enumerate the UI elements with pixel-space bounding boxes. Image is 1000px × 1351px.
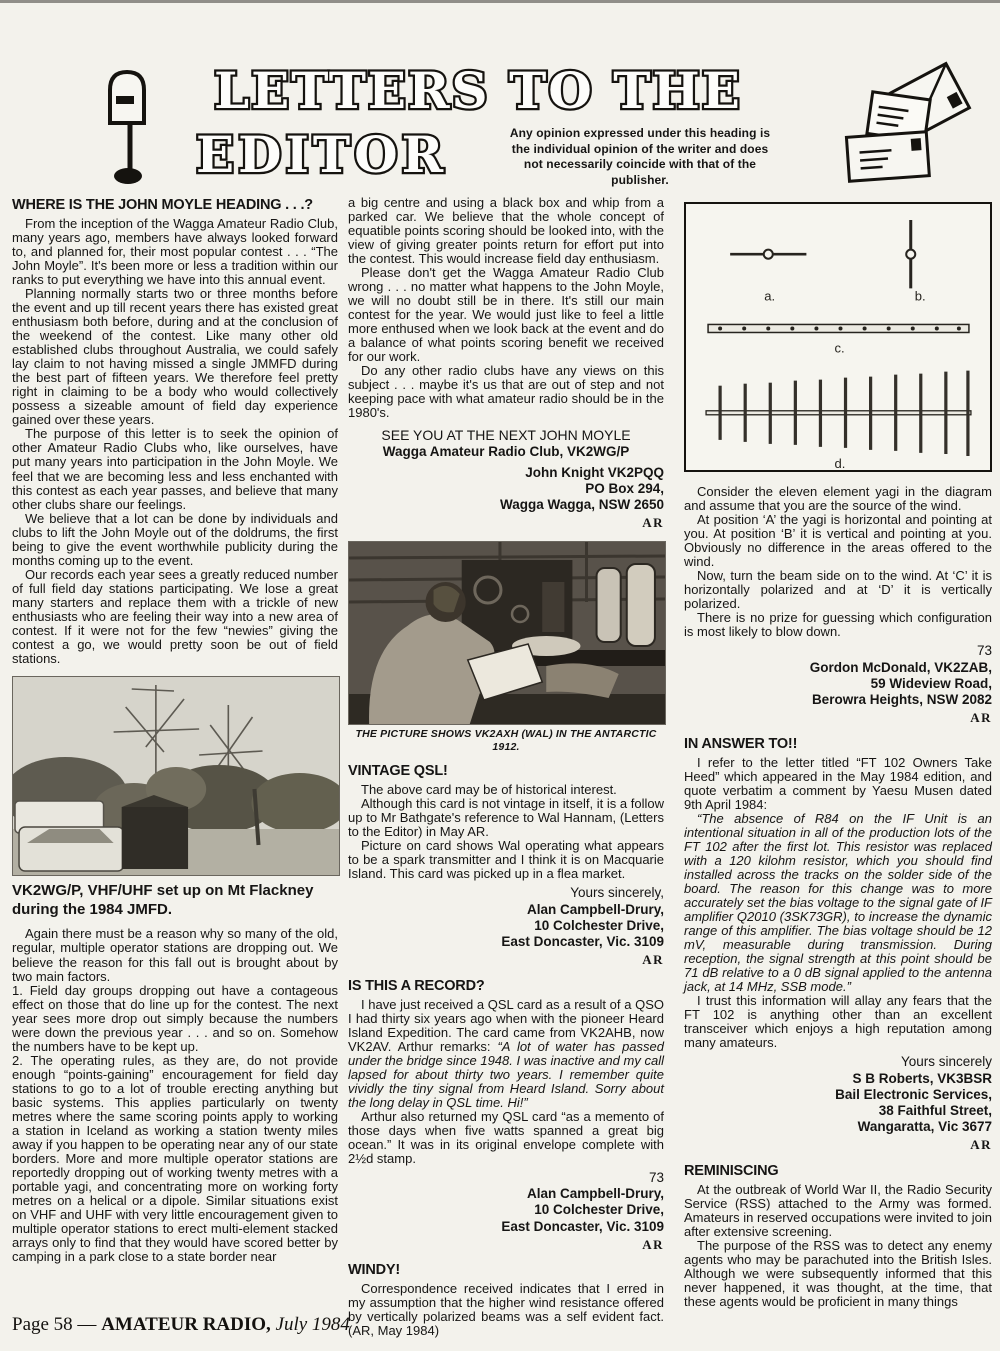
signature-name: Gordon McDonald, VK2ZAB, <box>684 660 992 676</box>
paragraph-with-quote: I have just received a QSL card as a res… <box>348 998 664 1110</box>
signature-name: Alan Campbell-Drury, <box>348 1186 664 1202</box>
paragraph-numbered-2: 2. The operating rules, as they are, do … <box>12 1054 338 1264</box>
signature-address: Wagga Wagga, NSW 2650 <box>348 497 664 513</box>
paragraph-numbered-1: 1. Field day groups dropping out have a … <box>12 984 338 1054</box>
signature-campbell-drury-2: 73 Alan Campbell-Drury, 10 Colchester Dr… <box>348 1170 664 1252</box>
paragraph: Please don't get the Wagga Amateur Radio… <box>348 266 664 364</box>
magazine-page: LETTERS TO THE EDITOR Any opinion expres… <box>0 0 1000 1351</box>
signature-name: Alan Campbell-Drury, <box>348 902 664 918</box>
editor-disclaimer: Any opinion expressed under this heading… <box>505 126 775 188</box>
signature-s-b-roberts: Yours sincerely S B Roberts, VK3BSR Bail… <box>684 1054 992 1153</box>
paragraph: We believe that a lot can be done by ind… <box>12 512 338 568</box>
yagi-diagram: a. b. c. <box>684 202 992 472</box>
signature-address: 38 Faithful Street, <box>684 1103 992 1119</box>
signature-salutation: 73 <box>348 1170 664 1186</box>
diagram-label-d: d. <box>834 456 845 471</box>
paragraph: Now, turn the beam side on to the wind. … <box>684 569 992 611</box>
signature-salutation: 73 <box>684 643 992 659</box>
see-you-call: SEE YOU AT THE NEXT JOHN MOYLE Wagga Ama… <box>348 427 664 461</box>
title-line-2: EDITOR <box>196 125 447 184</box>
signature-gordon-mcdonald: 73 Gordon McDonald, VK2ZAB, 59 Wideview … <box>684 643 992 725</box>
ar-end-mark: AR <box>348 952 664 968</box>
section-heading-in-answer: IN ANSWER TO!! <box>684 737 992 753</box>
paragraph: Correspondence received indicates that I… <box>348 1282 664 1338</box>
diagram-label-c: c. <box>834 341 844 356</box>
paragraph: I refer to the letter titled “FT 102 Own… <box>684 756 992 812</box>
signature-salutation: Yours sincerely <box>684 1054 992 1070</box>
paragraph: At position ‘A’ the yagi is horizontal a… <box>684 513 992 569</box>
paragraph: Although this card is not vintage in its… <box>348 797 664 839</box>
signature-address: 10 Colchester Drive, <box>348 1202 664 1218</box>
paragraph: At the outbreak of World War II, the Rad… <box>684 1183 992 1239</box>
section-heading-record: IS THIS A RECORD? <box>348 979 664 995</box>
column-3: a. b. c. <box>684 200 992 1309</box>
antarctic-photo-caption: THE PICTURE SHOWS VK2AXH (WAL) IN THE AN… <box>348 728 664 753</box>
signature-address: 10 Colchester Drive, <box>348 918 664 934</box>
section-heading-reminiscing: REMINISCING <box>684 1164 992 1180</box>
signature-john-knight: John Knight VK2PQQ PO Box 294, Wagga Wag… <box>348 465 664 531</box>
section-heading-vintage-qsl: VINTAGE QSL! <box>348 764 664 780</box>
magazine-title: AMATEUR RADIO, <box>101 1314 271 1335</box>
paragraph: Our records each year sees a greatly red… <box>12 568 338 666</box>
page-footer: Page 58 — AMATEUR RADIO, July 1984 <box>12 1314 350 1336</box>
signature-salutation: Yours sincerely, <box>348 885 664 901</box>
section-heading-john-moyle: WHERE IS THE JOHN MOYLE HEADING . . .? <box>12 198 338 214</box>
paragraph: Picture on card shows Wal operating what… <box>348 839 664 881</box>
column-2: a big centre and using a black box and w… <box>348 196 664 1338</box>
section-heading-windy: WINDY! <box>348 1263 664 1279</box>
signature-address: Wangaratta, Vic 3677 <box>684 1119 992 1135</box>
diagram-label-a: a. <box>764 288 775 303</box>
paragraph: The purpose of this letter is to seek th… <box>12 427 338 511</box>
signature-name: S B Roberts, VK3BSR <box>684 1071 992 1087</box>
ar-end-mark: AR <box>348 1237 664 1253</box>
diagram-label-b: b. <box>915 288 926 303</box>
paragraph: The purpose of the RSS was to detect any… <box>684 1239 992 1309</box>
signature-campbell-drury-1: Yours sincerely, Alan Campbell-Drury, 10… <box>348 885 664 967</box>
see-you-line: SEE YOU AT THE NEXT JOHN MOYLE <box>348 427 664 445</box>
antarctic-photo <box>348 541 666 725</box>
title-line-1: LETTERS TO THE <box>214 61 742 120</box>
mailbox-icon <box>100 68 160 188</box>
paragraph: a big centre and using a black box and w… <box>348 196 664 266</box>
paragraph: Again there must be a reason why so many… <box>12 927 338 983</box>
ar-end-mark: AR <box>684 710 992 726</box>
signature-address: East Doncaster, Vic. 3109 <box>348 1219 664 1235</box>
paragraph: The above card may be of historical inte… <box>348 783 664 797</box>
signature-organisation: Bail Electronic Services, <box>684 1087 992 1103</box>
ar-end-mark: AR <box>684 1137 992 1153</box>
paragraph: There is no prize for guessing which con… <box>684 611 992 639</box>
ar-end-mark: AR <box>348 515 664 531</box>
column-1: WHERE IS THE JOHN MOYLE HEADING . . .? F… <box>12 196 338 1264</box>
paragraph-quote-italic: “The absence of R84 on the IF Unit is an… <box>684 812 992 994</box>
paragraph: Arthur also returned my QSL card “as a m… <box>348 1110 664 1166</box>
paragraph: From the inception of the Wagga Amateur … <box>12 217 338 287</box>
signature-address: East Doncaster, Vic. 3109 <box>348 934 664 950</box>
paragraph: I trust this information will allay any … <box>684 994 992 1050</box>
signature-address: 59 Wideview Road, <box>684 676 992 692</box>
signature-name: John Knight VK2PQQ <box>348 465 664 481</box>
club-line: Wagga Amateur Radio Club, VK2WG/P <box>348 444 664 461</box>
letters-to-the-editor-masthead: LETTERS TO THE EDITOR Any opinion expres… <box>0 58 1000 193</box>
issue-date: July 1984 <box>276 1314 350 1335</box>
signature-address: PO Box 294, <box>348 481 664 497</box>
paragraph: Consider the eleven element yagi in the … <box>684 485 992 513</box>
scan-edge-artifact <box>0 0 1000 3</box>
paragraph: Planning normally starts two or three mo… <box>12 287 338 427</box>
page-number: Page 58 — <box>12 1314 96 1335</box>
field-day-photo <box>12 676 340 876</box>
field-day-photo-caption: VK2WG/P, VHF/UHF set up on Mt Flackney d… <box>12 882 338 920</box>
paragraph: Do any other radio clubs have any views … <box>348 364 664 420</box>
signature-address: Berowra Heights, NSW 2082 <box>684 692 992 708</box>
envelopes-icon <box>830 58 980 183</box>
